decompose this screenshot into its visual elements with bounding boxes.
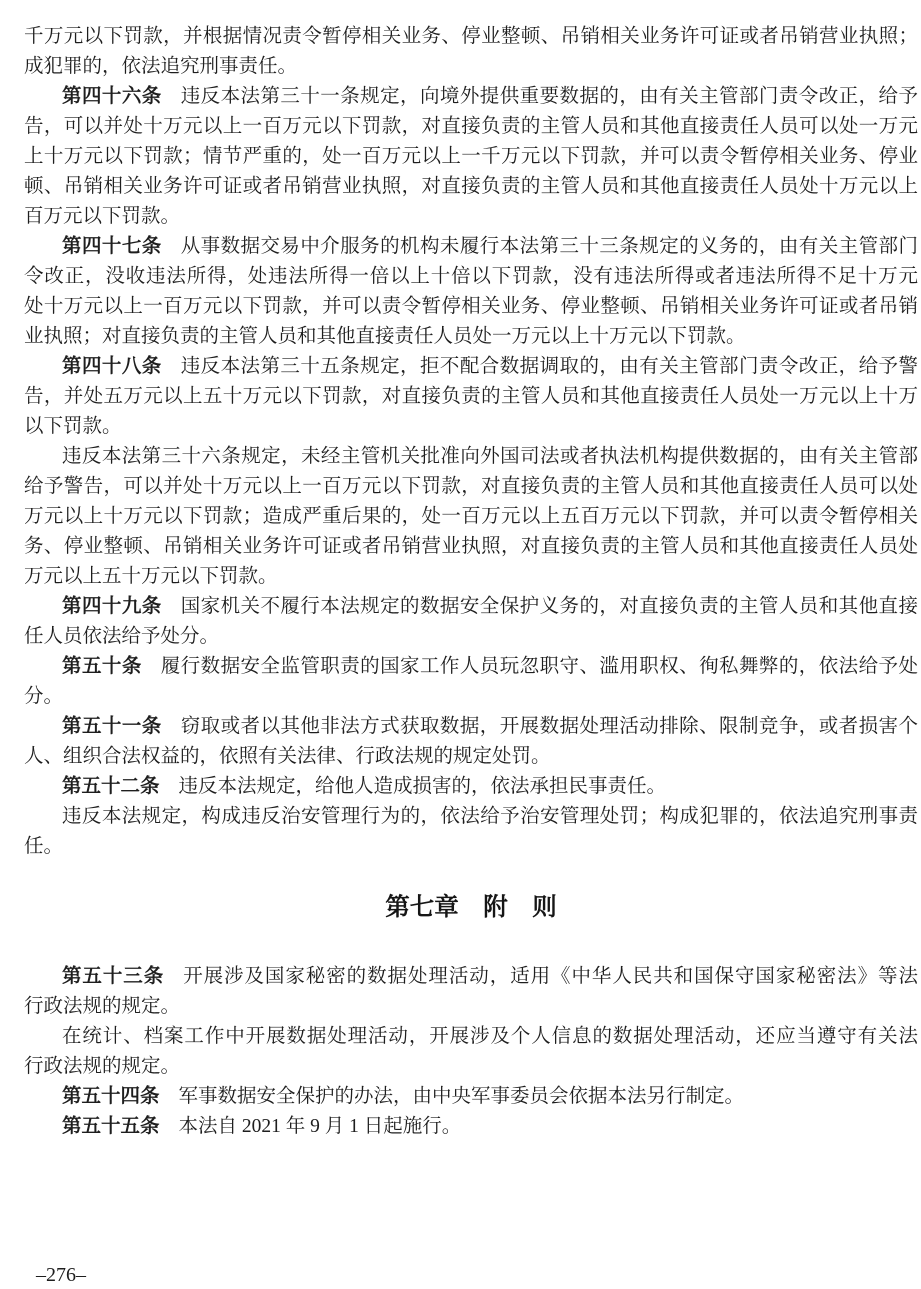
text-line: 任。: [24, 832, 918, 862]
chapter-heading: 第七章 附 则: [24, 892, 918, 924]
text-line: 第五十条履行数据安全监管职责的国家工作人员玩忽职守、滥用职权、徇私舞弊的，依法给…: [24, 652, 918, 682]
text-line: 行政法规的规定。: [24, 1052, 918, 1082]
text-line: 任人员依法给予处分。: [24, 622, 918, 652]
text-line: 第四十八条违反本法第三十五条规定，拒不配合数据调取的，由有关主管部门责令改正，给…: [24, 352, 918, 382]
text-line: 千万元以下罚款，并根据情况责令暂停相关业务、停业整顿、吊销相关业务许可证或者吊销…: [24, 22, 918, 52]
text-line: 以下罚款。: [24, 412, 918, 442]
page-number: –276–: [36, 1264, 86, 1286]
text-line: 成犯罪的，依法追究刑事责任。: [24, 52, 918, 82]
text-line: 第五十五条本法自 2021 年 9 月 1 日起施行。: [24, 1112, 918, 1142]
text-line: 第四十九条国家机关不履行本法规定的数据安全保护义务的，对直接负责的主管人员和其他…: [24, 592, 918, 622]
line-text: 窃取或者以其他非法方式获取数据，开展数据处理活动排除、限制竞争，或者损害个: [181, 716, 918, 737]
line-text: 违反本法规定，给他人造成损害的，依法承担民事责任。: [179, 776, 667, 797]
text-line: 第四十六条违反本法第三十一条规定，向境外提供重要数据的，由有关主管部门责令改正，…: [24, 82, 918, 112]
article-number: 第五十三条: [62, 966, 164, 987]
document-page: 千万元以下罚款，并根据情况责令暂停相关业务、停业整顿、吊销相关业务许可证或者吊销…: [0, 0, 921, 1289]
line-text: 违反本法第三十五条规定，拒不配合数据调取的，由有关主管部门责令改正，给予警: [181, 356, 918, 377]
text-line: 告，可以并处十万元以上一百万元以下罚款，对直接负责的主管人员和其他直接责任人员可…: [24, 112, 918, 142]
text-line: 给予警告，可以并处十万元以上一百万元以下罚款，对直接负责的主管人员和其他直接责任…: [24, 472, 918, 502]
text-line: 令改正，没收违法所得，处违法所得一倍以上十倍以下罚款，没有违法所得或者违法所得不…: [24, 262, 918, 292]
article-number: 第五十二条: [62, 776, 160, 797]
text-line: 处十万元以上一百万元以下罚款，并可以责令暂停相关业务、停业整顿、吊销相关业务许可…: [24, 292, 918, 322]
text-line: 违反本法第三十六条规定，未经主管机关批准向外国司法或者执法机构提供数据的，由有关…: [24, 442, 918, 472]
article-number: 第五十一条: [62, 716, 162, 737]
article-number: 第四十七条: [62, 236, 162, 257]
text-line: 百万元以下罚款。: [24, 202, 918, 232]
line-text: 履行数据安全监管职责的国家工作人员玩忽职守、滥用职权、徇私舞弊的，依法给予处: [161, 656, 918, 677]
text-line: 第四十七条从事数据交易中介服务的机构未履行本法第三十三条规定的义务的，由有关主管…: [24, 232, 918, 262]
text-line: 违反本法规定，构成违反治安管理行为的，依法给予治安管理处罚；构成犯罪的，依法追究…: [24, 802, 918, 832]
text-line: 分。: [24, 682, 918, 712]
text-line: 务、停业整顿、吊销相关业务许可证或者吊销营业执照，对直接负责的主管人员和其他直接…: [24, 532, 918, 562]
text-line: 告，并处五万元以上五十万元以下罚款，对直接负责的主管人员和其他直接责任人员处一万…: [24, 382, 918, 412]
text-line: 上十万元以下罚款；情节严重的，处一百万元以上一千万元以下罚款，并可以责令暂停相关…: [24, 142, 918, 172]
article-number: 第四十八条: [62, 356, 162, 377]
text-line: 在统计、档案工作中开展数据处理活动，开展涉及个人信息的数据处理活动，还应当遵守有…: [24, 1022, 918, 1052]
article-number: 第五十四条: [62, 1086, 160, 1107]
text-line: 万元以上十万元以下罚款；造成严重后果的，处一百万元以上五百万元以下罚款，并可以责…: [24, 502, 918, 532]
text-line: 行政法规的规定。: [24, 992, 918, 1022]
article-number: 第四十六条: [62, 86, 162, 107]
document-body: 千万元以下罚款，并根据情况责令暂停相关业务、停业整顿、吊销相关业务许可证或者吊销…: [24, 22, 918, 1142]
text-line: 第五十四条军事数据安全保护的办法，由中央军事委员会依据本法另行制定。: [24, 1082, 918, 1112]
text-line: 人、组织合法权益的，依照有关法律、行政法规的规定处罚。: [24, 742, 918, 772]
text-line: 第五十一条窃取或者以其他非法方式获取数据，开展数据处理活动排除、限制竞争，或者损…: [24, 712, 918, 742]
text-line: 第五十三条开展涉及国家秘密的数据处理活动，适用《中华人民共和国保守国家秘密法》等…: [24, 962, 918, 992]
text-line: 顿、吊销相关业务许可证或者吊销营业执照，对直接负责的主管人员和其他直接责任人员处…: [24, 172, 918, 202]
text-line: 万元以上五十万元以下罚款。: [24, 562, 918, 592]
text-line: 业执照；对直接负责的主管人员和其他直接责任人员处一万元以上十万元以下罚款。: [24, 322, 918, 352]
article-number: 第五十五条: [62, 1116, 160, 1137]
text-line: 第五十二条违反本法规定，给他人造成损害的，依法承担民事责任。: [24, 772, 918, 802]
line-text: 本法自 2021 年 9 月 1 日起施行。: [179, 1116, 462, 1137]
article-number: 第五十条: [62, 656, 142, 677]
line-text: 军事数据安全保护的办法，由中央军事委员会依据本法另行制定。: [179, 1086, 745, 1107]
article-number: 第四十九条: [62, 596, 162, 617]
